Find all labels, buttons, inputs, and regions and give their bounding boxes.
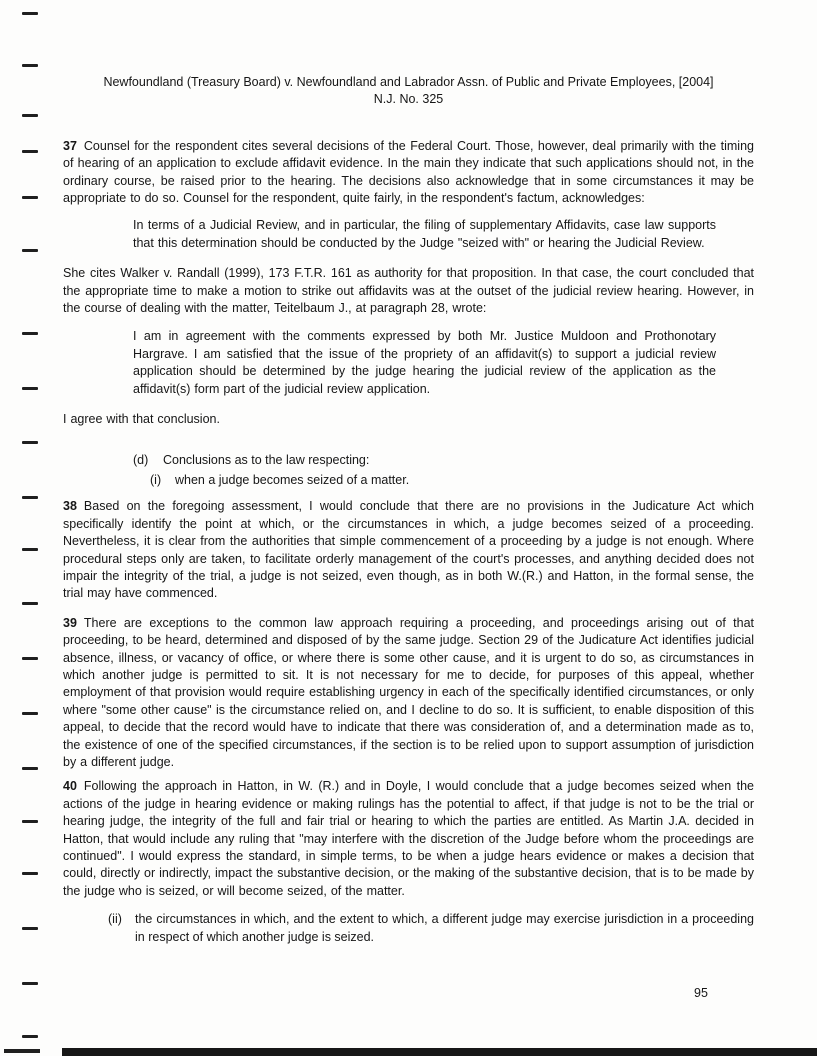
paragraph-39-text: There are exceptions to the common law a… bbox=[63, 616, 754, 769]
paragraph-38-text: Based on the foregoing assessment, I wou… bbox=[63, 499, 754, 600]
list-item-i-label: (i) bbox=[150, 472, 175, 489]
list-item-ii: (ii) the circumstances in which, and the… bbox=[108, 911, 754, 946]
list-item-ii-label: (ii) bbox=[108, 911, 135, 946]
case-citation-line1: Newfoundland (Treasury Board) v. Newfoun… bbox=[63, 74, 754, 91]
binding-mark bbox=[22, 820, 38, 823]
paragraph-37-number: 37 bbox=[63, 139, 77, 153]
binding-mark bbox=[22, 657, 38, 660]
binding-mark bbox=[22, 387, 38, 390]
scan-edge-artifact bbox=[62, 1048, 817, 1056]
binding-mark bbox=[22, 496, 38, 499]
paragraph-39: 39There are exceptions to the common law… bbox=[63, 615, 754, 772]
paragraph-agree: I agree with that conclusion. bbox=[63, 411, 754, 428]
paragraph-39-number: 39 bbox=[63, 616, 77, 630]
binding-mark bbox=[22, 927, 38, 930]
list-item-d-text: Conclusions as to the law respecting: bbox=[163, 452, 369, 469]
paragraph-40-number: 40 bbox=[63, 779, 77, 793]
binding-mark bbox=[22, 441, 38, 444]
binding-mark bbox=[22, 982, 38, 985]
binding-mark bbox=[22, 602, 38, 605]
binding-mark bbox=[22, 767, 38, 770]
binding-mark bbox=[22, 64, 38, 67]
list-item-i-text: when a judge becomes seized of a matter. bbox=[175, 472, 409, 489]
case-citation-header: Newfoundland (Treasury Board) v. Newfoun… bbox=[63, 74, 754, 109]
blockquote-teitelbaum: I am in agreement with the comments expr… bbox=[133, 328, 716, 398]
scan-edge-artifact-left bbox=[4, 1049, 40, 1053]
binding-mark bbox=[22, 196, 38, 199]
blockquote-judicial-review: In terms of a Judicial Review, and in pa… bbox=[133, 217, 716, 252]
paragraph-she-cites: She cites Walker v. Randall (1999), 173 … bbox=[63, 265, 754, 317]
case-citation-line2: N.J. No. 325 bbox=[63, 91, 754, 108]
paragraph-40-text: Following the approach in Hatton, in W. … bbox=[63, 779, 754, 897]
binding-mark bbox=[22, 1035, 38, 1038]
paragraph-40: 40Following the approach in Hatton, in W… bbox=[63, 778, 754, 900]
page-text-column: Newfoundland (Treasury Board) v. Newfoun… bbox=[63, 74, 754, 946]
binding-mark bbox=[22, 12, 38, 15]
list-item-i: (i) when a judge becomes seized of a mat… bbox=[150, 472, 754, 489]
paragraph-38-number: 38 bbox=[63, 499, 77, 513]
binding-mark bbox=[22, 332, 38, 335]
list-item-ii-text: the circumstances in which, and the exte… bbox=[135, 911, 754, 946]
binding-mark bbox=[22, 114, 38, 117]
page-number: 95 bbox=[694, 986, 708, 1000]
list-item-d: (d) Conclusions as to the law respecting… bbox=[133, 452, 754, 469]
paragraph-37-text: Counsel for the respondent cites several… bbox=[63, 139, 754, 205]
paragraph-38: 38Based on the foregoing assessment, I w… bbox=[63, 498, 754, 602]
binding-mark bbox=[22, 548, 38, 551]
binding-mark bbox=[22, 872, 38, 875]
paragraph-37: 37Counsel for the respondent cites sever… bbox=[63, 138, 754, 208]
document-page: Newfoundland (Treasury Board) v. Newfoun… bbox=[0, 0, 817, 1056]
binding-mark bbox=[22, 712, 38, 715]
binding-mark bbox=[22, 249, 38, 252]
list-item-d-label: (d) bbox=[133, 452, 163, 469]
binding-mark bbox=[22, 150, 38, 153]
